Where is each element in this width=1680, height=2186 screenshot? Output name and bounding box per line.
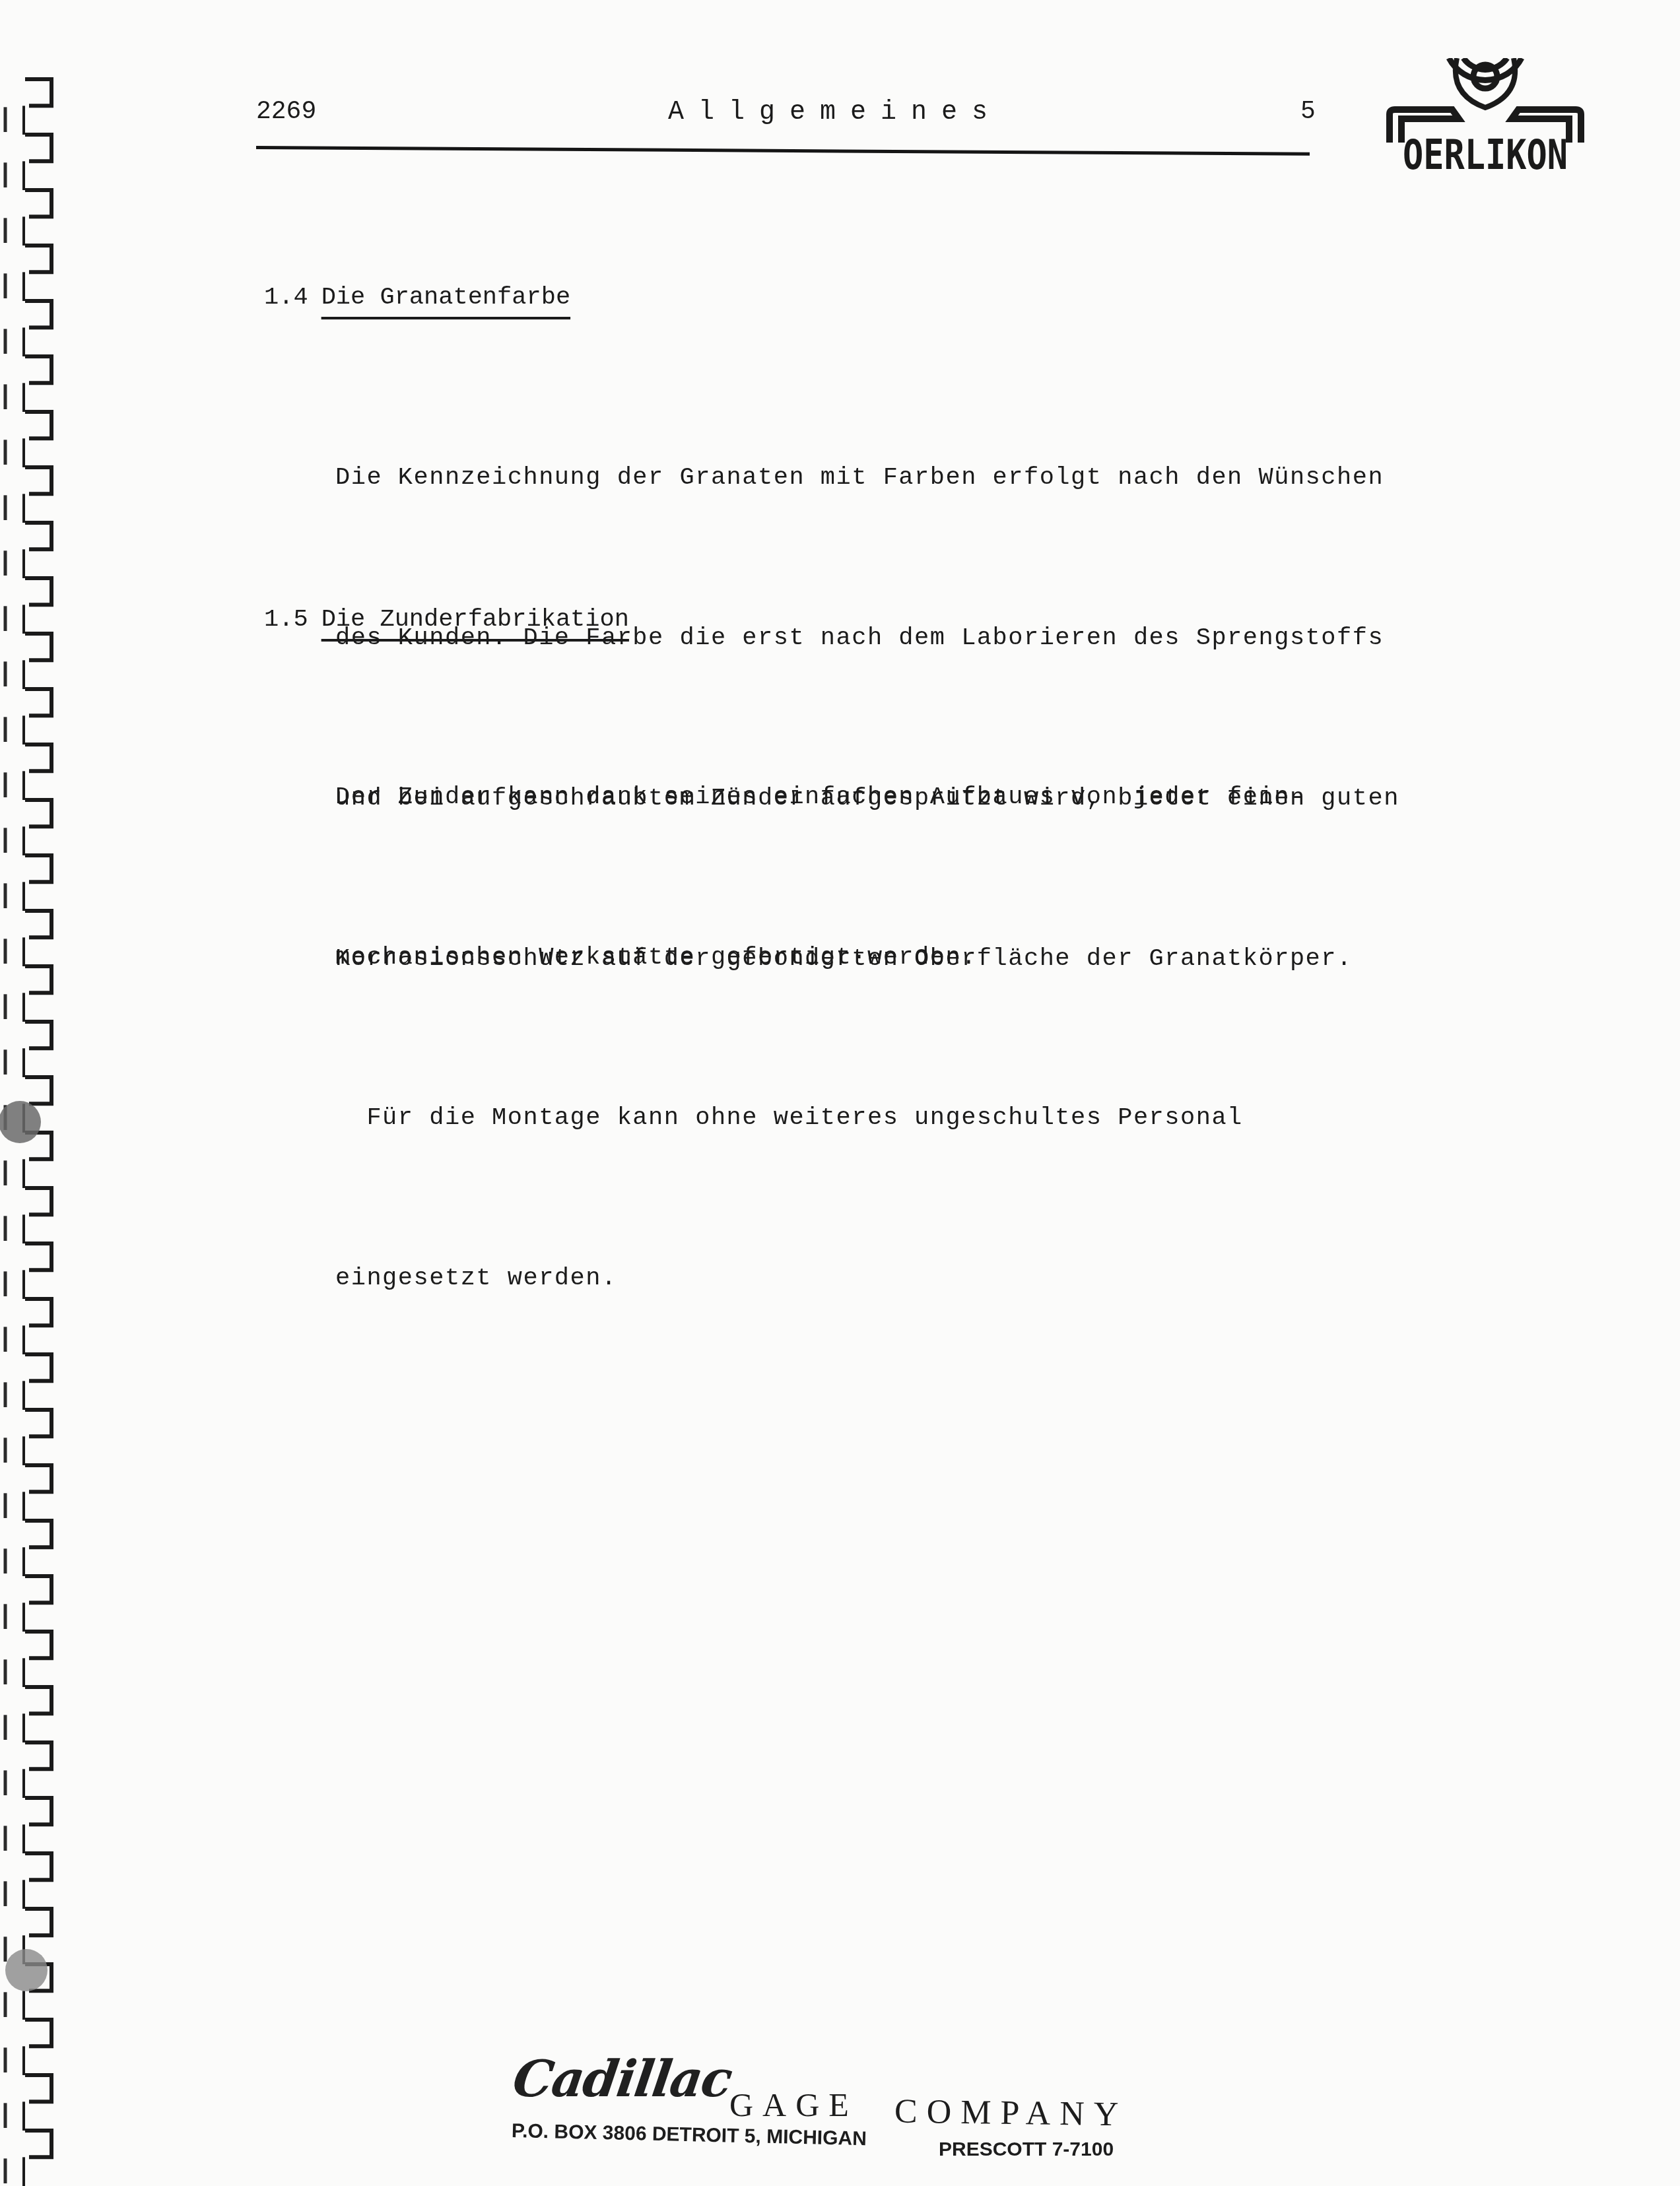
header-rule [256,146,1310,156]
company-name-word: GAGE [729,2086,858,2124]
page-number: 5 [1300,98,1316,126]
page-title: Allgemeines [668,98,1002,127]
company-phone: PRESCOTT 7-7100 [939,2138,1114,2161]
company-address: P.O. BOX 3806 DETROIT 5, MICHIGAN [512,2120,867,2150]
section-heading-1-4: 1.4Die Granatenfarbe [264,284,570,312]
text-line: Der Zunder kann dank seines einfachen Au… [335,771,1306,824]
section-number: 1.4 [264,284,308,312]
text-line: eingesetzt werden. [335,1252,1306,1306]
document-number: 2269 [256,98,316,126]
text-line: Für die Montage kann ohne weiteres unges… [335,1092,1306,1145]
logo-text: OERLIKON [1403,131,1568,177]
company-name-word: COMPANY [894,2092,1128,2135]
text-line: Die Kennzeichnung der Granaten mit Farbe… [335,451,1399,505]
text-line: mechanischen Werkstätte gefertigt·werden… [335,931,1306,985]
section-title: Die Zunderfabrikation [321,606,629,634]
spiral-binding [0,0,59,2186]
section-1-5-body: Der Zunder kann dank seines einfachen Au… [335,664,1306,1359]
section-heading-1-5: 1.5Die Zunderfabrikation [264,606,629,634]
company-script-name: Cadillac [510,2049,735,2108]
section-title: Die Granatenfarbe [321,284,570,312]
section-number: 1.5 [264,606,308,634]
oerlikon-logo: OERLIKON [1383,58,1588,177]
